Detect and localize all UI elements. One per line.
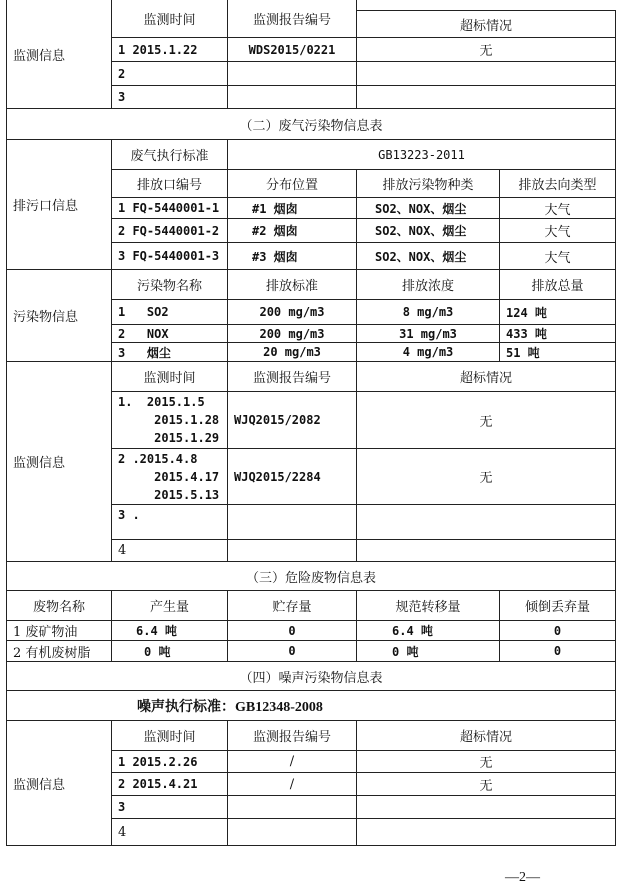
monitor-time: 2 .2015.4.8 <box>118 450 197 468</box>
pollutant-standard: 200 mg/m3 <box>228 325 357 343</box>
exceed-status <box>357 62 616 86</box>
waste-produced: 6.4 吨 <box>112 621 228 641</box>
table-header-row: 监测时间 监测报告编号 超标情况 <box>112 721 616 751</box>
table-row: 3 <box>112 86 616 109</box>
table-row: 3 烟尘 20 mg/m3 4 mg/m3 51 吨 <box>112 343 616 362</box>
outlet-label: 排污口信息 <box>6 140 112 270</box>
pollutant-total: 433 吨 <box>500 325 616 343</box>
report-number: WJQ2015/2082 <box>228 392 357 449</box>
table-row: 1. 2015.1.5 2015.1.28 2015.1.29 WJQ2015/… <box>112 392 616 449</box>
header-waste-name: 废物名称 <box>6 591 112 621</box>
table-header-row: 监测时间 监测报告编号 超标情况 <box>112 0 616 38</box>
section3-title-row: （三）危险废物信息表 <box>6 562 616 591</box>
exceed-status <box>357 540 616 562</box>
section3-title: （三）危险废物信息表 <box>6 562 616 591</box>
header-time: 监测时间 <box>112 0 228 38</box>
gas-standard-label: 废气执行标准 <box>112 140 228 170</box>
header-time: 监测时间 <box>112 362 228 392</box>
exceed-status: 无 <box>357 773 616 796</box>
report-number: / <box>228 751 357 773</box>
waste-stored: 0 <box>228 621 357 641</box>
outlet-id: 3 FQ-5440001-3 <box>112 243 228 270</box>
report-number: / <box>228 773 357 796</box>
noise-standard: 噪声执行标准：GB12348-2008 <box>6 691 616 721</box>
gas-monitor-block: 监测信息 监测时间 监测报告编号 超标情况 1. 2015.1.5 2015.1… <box>6 362 616 562</box>
outlet-id: 1 FQ-5440001-1 <box>112 198 228 219</box>
pollutant-standard: 20 mg/m3 <box>228 343 357 362</box>
monitor-times: 1. 2015.1.5 2015.1.28 2015.1.29 <box>112 392 228 449</box>
pollutant-total: 51 吨 <box>500 343 616 362</box>
outlet-destination: 大气 <box>500 198 616 219</box>
outlet-pollutants: SO2、NOX、烟尘 <box>357 198 500 219</box>
report-number <box>228 86 357 109</box>
monitor-time: 2015.1.29 <box>118 429 219 447</box>
hazardous-waste-table: （三）危险废物信息表 废物名称 产生量 贮存量 规范转移量 倾倒丢弃量 1 废矿… <box>6 562 616 662</box>
pollutant-total: 124 吨 <box>500 300 616 325</box>
monitor-time: 3 . <box>112 505 228 540</box>
waste-dumped: 0 <box>500 621 616 641</box>
table-header-row: 排放口编号 分布位置 排放污染物种类 排放去向类型 <box>112 170 616 198</box>
report-number: WJQ2015/2284 <box>228 449 357 505</box>
monitor-time: 3 <box>112 796 228 819</box>
table-row: 1 FQ-5440001-1 #1 烟囱 SO2、NOX、烟尘 大气 <box>112 198 616 219</box>
monitor-time: 4 <box>112 819 228 846</box>
header-pollutant-name: 污染物名称 <box>112 270 228 300</box>
header-total: 排放总量 <box>500 270 616 300</box>
noise-standard-row: 噪声执行标准：GB12348-2008 <box>6 691 616 721</box>
monitor-times: 2 .2015.4.8 2015.4.17 2015.5.13 <box>112 449 228 505</box>
header-outlet-id: 排放口编号 <box>112 170 228 198</box>
waste-name: 1 废矿物油 <box>6 621 112 641</box>
table-header-row: 监测时间 监测报告编号 超标情况 <box>112 362 616 392</box>
pollutant-label: 污染物信息 <box>6 270 112 362</box>
exceed-status <box>357 505 616 540</box>
table-row: 2 2015.4.21 / 无 <box>112 773 616 796</box>
outlet-location: #2 烟囱 <box>228 219 357 243</box>
table-row: 2 .2015.4.8 2015.4.17 2015.5.13 WJQ2015/… <box>112 449 616 505</box>
exceed-status <box>357 819 616 846</box>
exceed-status <box>357 796 616 819</box>
table-row: 2 NOX 200 mg/m3 31 mg/m3 433 吨 <box>112 325 616 343</box>
table-row: 2 有机废树脂 0 吨 0 0 吨 0 <box>6 641 616 662</box>
outlet-block: 排污口信息 废气执行标准 GB13223-2011 排放口编号 分布位置 排放污… <box>6 140 616 270</box>
pollutant-concentration: 4 mg/m3 <box>357 343 500 362</box>
page-number: —2— <box>505 870 540 886</box>
header-transferred: 规范转移量 <box>357 591 500 621</box>
outlet-id: 2 FQ-5440001-2 <box>112 219 228 243</box>
header-report: 监测报告编号 <box>228 721 357 751</box>
header-produced: 产生量 <box>112 591 228 621</box>
header-concentration: 排放浓度 <box>357 270 500 300</box>
table-row: 3 FQ-5440001-3 #3 烟囱 SO2、NOX、烟尘 大气 <box>112 243 616 270</box>
section1-monitor-block: 监测信息 监测时间 监测报告编号 超标情况 1 2015.1.22 WDS201… <box>6 0 616 109</box>
exceed-status: 无 <box>357 751 616 773</box>
section2-title: （二）废气污染物信息表 <box>6 109 616 140</box>
noise-monitor-label: 监测信息 <box>6 721 112 846</box>
waste-produced: 0 吨 <box>112 641 228 662</box>
header-stored: 贮存量 <box>228 591 357 621</box>
gas-monitor-label: 监测信息 <box>6 362 112 562</box>
report-number <box>228 819 357 846</box>
section1-monitor-label: 监测信息 <box>6 0 112 109</box>
monitor-time: 1. 2015.1.5 <box>118 393 205 411</box>
noise-monitor-block: 监测信息 监测时间 监测报告编号 超标情况 1 2015.2.26 / 无 2 … <box>6 721 616 846</box>
monitor-time: 2015.1.28 <box>118 411 219 429</box>
header-exceed: 超标情况 <box>357 721 616 751</box>
table-row: 1 废矿物油 6.4 吨 0 6.4 吨 0 <box>6 621 616 641</box>
waste-name: 2 有机废树脂 <box>6 641 112 662</box>
section4-title: （四）噪声污染物信息表 <box>6 662 616 691</box>
waste-transferred: 0 吨 <box>357 641 500 662</box>
exceed-status: 无 <box>357 38 616 62</box>
exceed-status: 无 <box>357 392 616 449</box>
header-time: 监测时间 <box>112 721 228 751</box>
pollutant-name: 2 NOX <box>112 325 228 343</box>
outlet-pollutants: SO2、NOX、烟尘 <box>357 219 500 243</box>
monitor-time: 2 <box>112 62 228 86</box>
outlet-destination: 大气 <box>500 243 616 270</box>
monitor-time: 1 2015.1.22 <box>112 38 228 62</box>
table-header-row: 污染物名称 排放标准 排放浓度 排放总量 <box>112 270 616 300</box>
table-header-row: 废物名称 产生量 贮存量 规范转移量 倾倒丢弃量 <box>6 591 616 621</box>
standard-row: 废气执行标准 GB13223-2011 <box>112 140 616 170</box>
pollutant-block: 污染物信息 污染物名称 排放标准 排放浓度 排放总量 1 SO2 200 mg/… <box>6 270 616 362</box>
pollutant-name: 1 SO2 <box>112 300 228 325</box>
section2-title-row: （二）废气污染物信息表 <box>6 109 616 140</box>
table-row: 2 FQ-5440001-2 #2 烟囱 SO2、NOX、烟尘 大气 <box>112 219 616 243</box>
table-row: 2 <box>112 62 616 86</box>
header-dumped: 倾倒丢弃量 <box>500 591 616 621</box>
header-destination: 排放去向类型 <box>500 170 616 198</box>
table-row: 1 SO2 200 mg/m3 8 mg/m3 124 吨 <box>112 300 616 325</box>
waste-transferred: 6.4 吨 <box>357 621 500 641</box>
table-row: 3 <box>112 796 616 819</box>
header-report: 监测报告编号 <box>228 0 357 38</box>
header-exceed: 超标情况 <box>357 362 616 392</box>
monitor-time: 2015.4.17 <box>118 468 219 486</box>
noise-table: （四）噪声污染物信息表 噪声执行标准：GB12348-2008 <box>6 662 616 721</box>
waste-stored: 0 <box>228 641 357 662</box>
report-number: WDS2015/0221 <box>228 38 357 62</box>
pollutant-name: 3 烟尘 <box>112 343 228 362</box>
table-row: 3 . <box>112 505 616 540</box>
outlet-location: #1 烟囱 <box>228 198 357 219</box>
monitor-time: 2015.5.13 <box>118 486 219 504</box>
header-pollutant-types: 排放污染物种类 <box>357 170 500 198</box>
pollutant-concentration: 8 mg/m3 <box>357 300 500 325</box>
header-location: 分布位置 <box>228 170 357 198</box>
pollutant-standard: 200 mg/m3 <box>228 300 357 325</box>
header-emission-standard: 排放标准 <box>228 270 357 300</box>
report-number <box>228 505 357 540</box>
outlet-destination: 大气 <box>500 219 616 243</box>
waste-dumped: 0 <box>500 641 616 662</box>
exceed-status <box>357 86 616 109</box>
monitor-time: 4 <box>112 540 228 562</box>
exceed-status: 无 <box>357 449 616 505</box>
pollutant-concentration: 31 mg/m3 <box>357 325 500 343</box>
outlet-pollutants: SO2、NOX、烟尘 <box>357 243 500 270</box>
report-number <box>228 62 357 86</box>
section4-title-row: （四）噪声污染物信息表 <box>6 662 616 691</box>
table-row: 4 <box>112 540 616 562</box>
header-report: 监测报告编号 <box>228 362 357 392</box>
report-number <box>228 540 357 562</box>
monitor-time: 2 2015.4.21 <box>112 773 228 796</box>
monitor-time: 3 <box>112 86 228 109</box>
table-row: 1 2015.1.22 WDS2015/0221 无 <box>112 38 616 62</box>
gas-standard-value: GB13223-2011 <box>228 140 616 170</box>
report-number <box>228 796 357 819</box>
header-exceed: 超标情况 <box>357 10 616 38</box>
monitor-time: 1 2015.2.26 <box>112 751 228 773</box>
outlet-location: #3 烟囱 <box>228 243 357 270</box>
table-row: 1 2015.2.26 / 无 <box>112 751 616 773</box>
table-row: 4 <box>112 819 616 846</box>
